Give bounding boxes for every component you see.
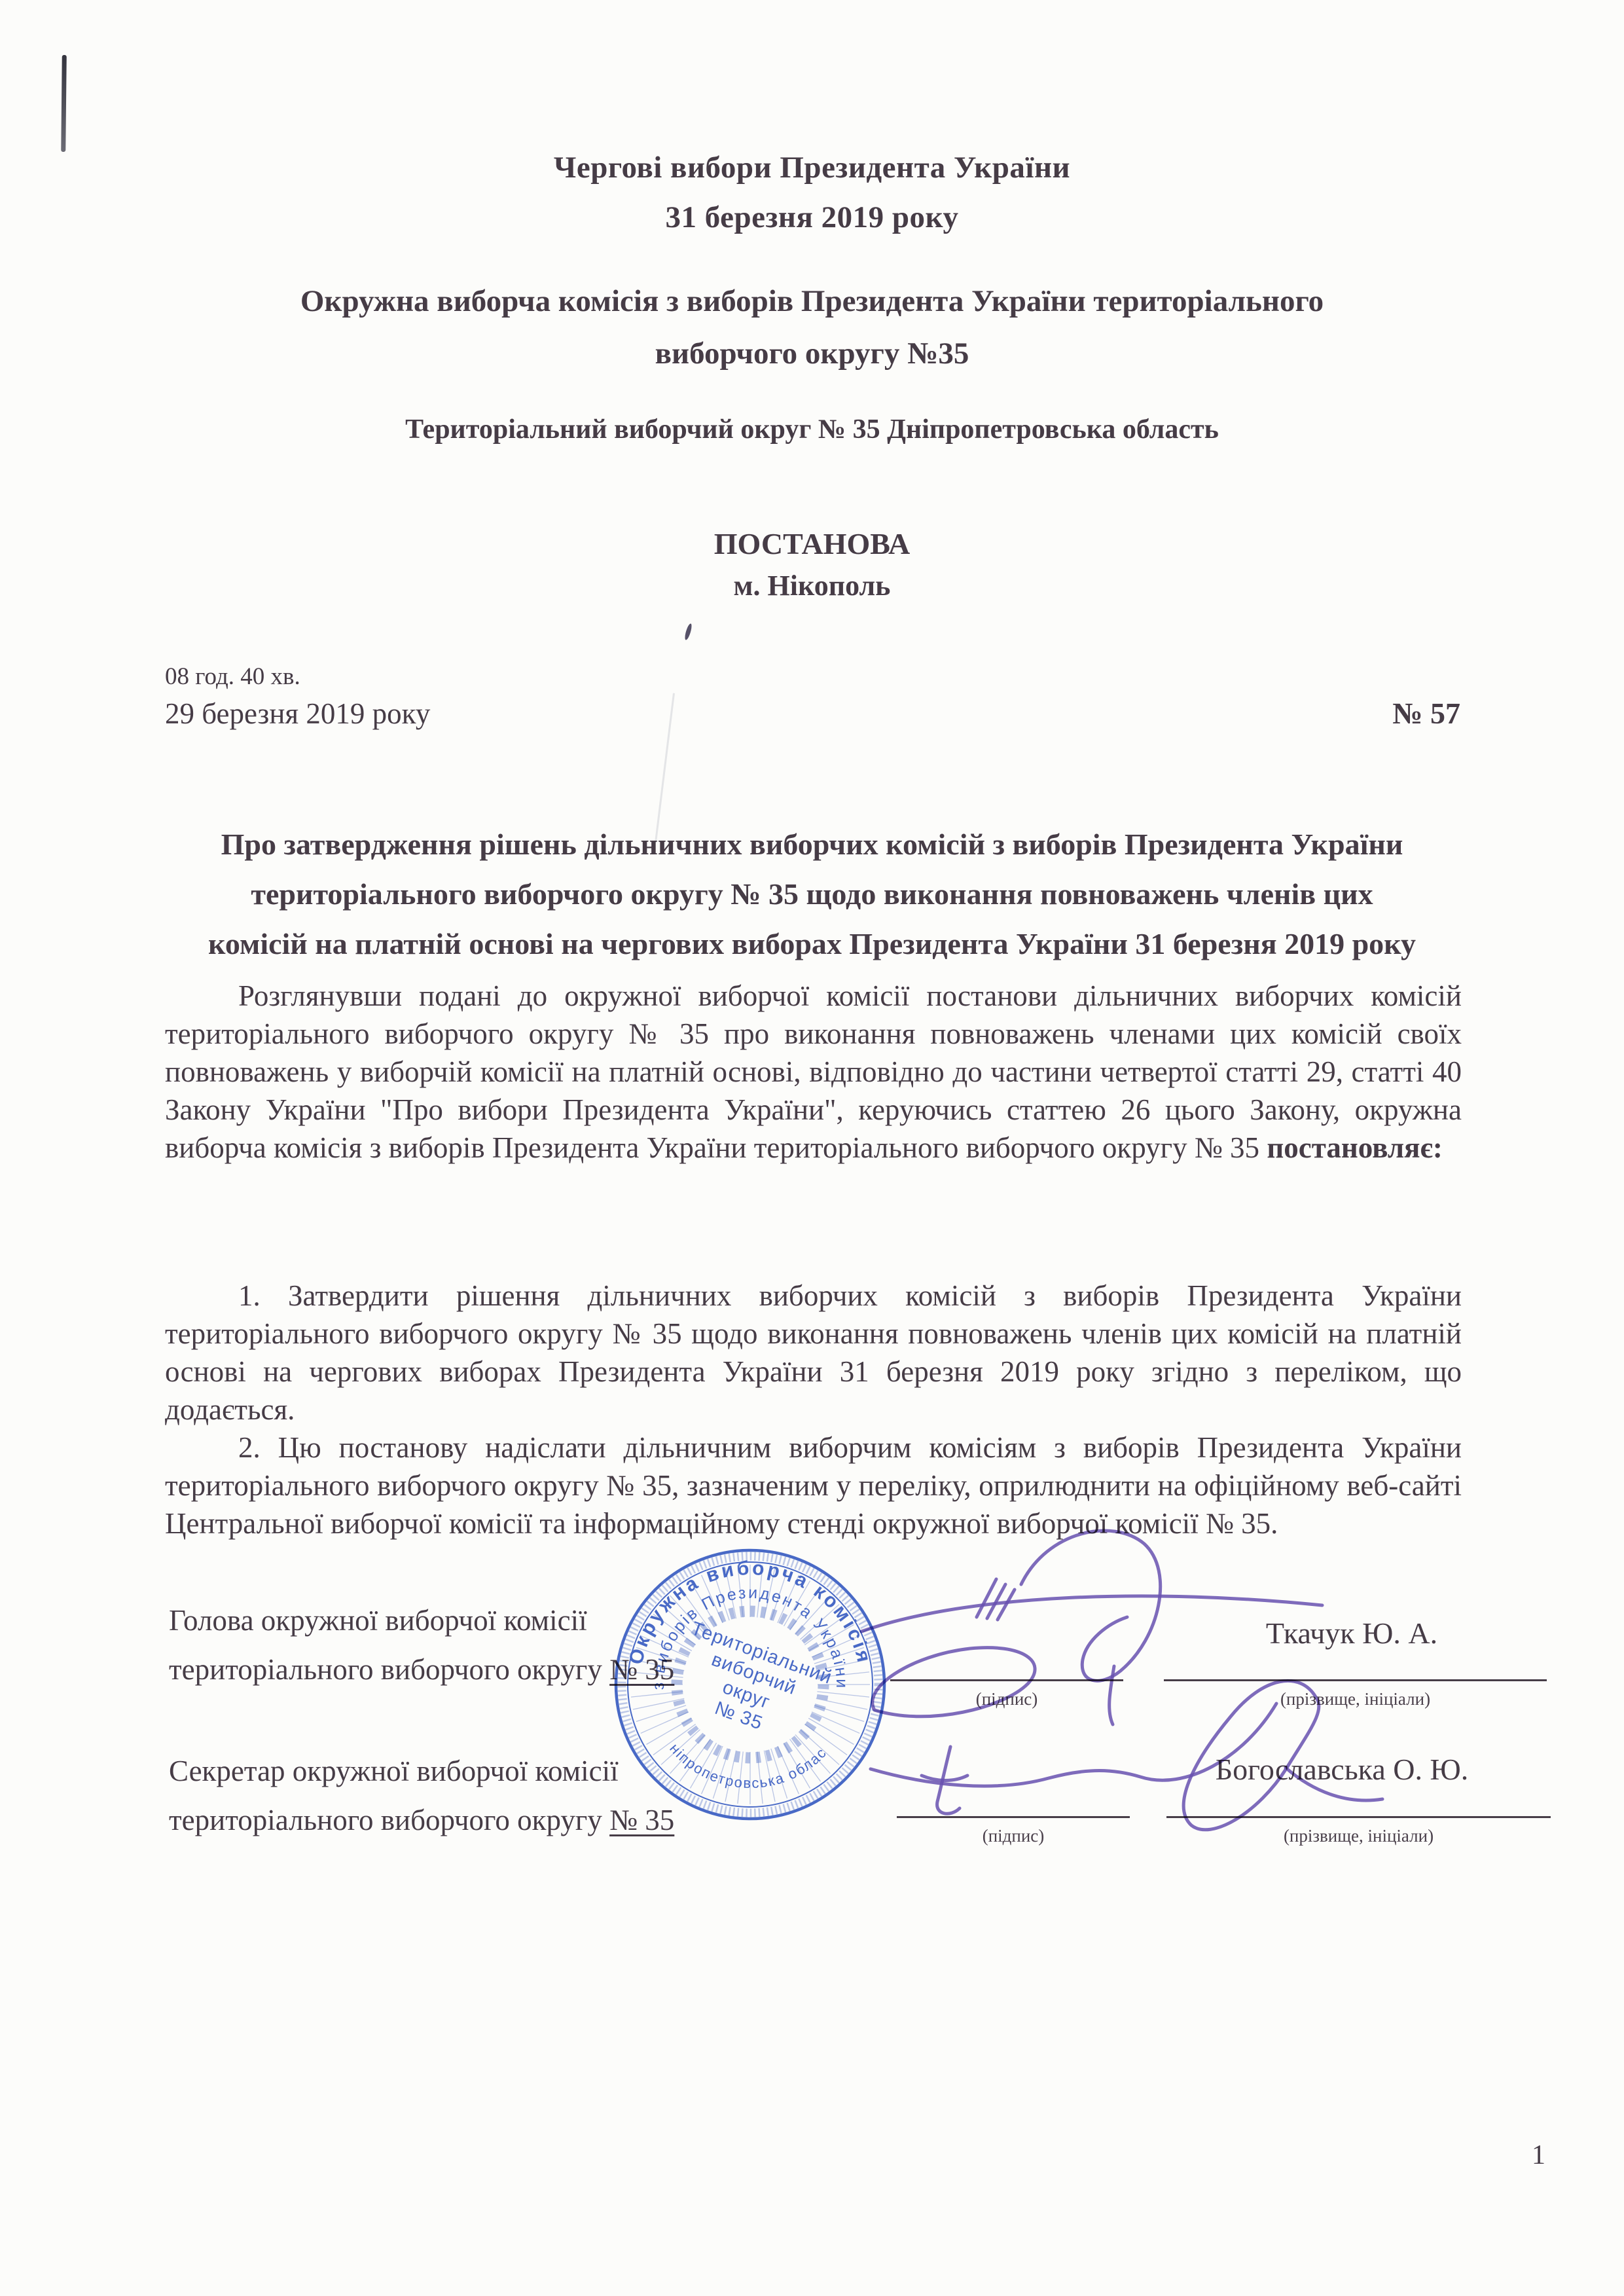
secretary-signature-stroke — [922, 1776, 967, 1781]
election-header: Чергові вибори Президента України 31 бер… — [0, 143, 1624, 242]
head-role-line2: територіального виборчого округу № 35 — [169, 1645, 674, 1694]
scan-artifact-mark — [684, 623, 693, 641]
preamble-paragraph: Розглянувши подані до окружної виборчої … — [165, 977, 1462, 1167]
secretary-signature-stroke — [937, 1747, 960, 1813]
secretary-signature-caption: (підпис) — [897, 1826, 1130, 1846]
resolution-title: ПОСТАНОВА — [0, 522, 1624, 566]
item-1-paragraph: 1. Затвердити рішення дільничних виборчи… — [165, 1277, 1462, 1429]
subject-line1: Про затвердження рішень дільничних вибор… — [173, 820, 1451, 869]
scanned-document-page: Чергові вибори Президента України 31 бер… — [0, 0, 1624, 2296]
head-signature-stroke — [977, 1579, 1015, 1620]
head-role-line2-text: територіального виборчого округу — [169, 1653, 602, 1686]
commission-title-line1: Окружна виборча комісія з виборів Презид… — [0, 275, 1624, 327]
resolution-subject: Про затвердження рішень дільничних вибор… — [173, 820, 1451, 969]
head-signature-line — [890, 1679, 1123, 1681]
subject-line2: територіального виборчого округу № 35 що… — [173, 869, 1451, 919]
subject-line3: комісій на платній основі на чергових ви… — [173, 919, 1451, 969]
secretary-name-line — [1166, 1816, 1551, 1818]
election-header-line1: Чергові вибори Президента України — [0, 143, 1624, 192]
secretary-role-block: Секретар окружної виборчої комісії терит… — [169, 1747, 674, 1845]
resolution-time: 08 год. 40 хв. — [165, 663, 1460, 691]
scan-artifact-line — [61, 55, 67, 152]
item-2-paragraph: 2. Цю постанову надіслати дільничним виб… — [165, 1429, 1462, 1542]
head-role-block: Голова окружної виборчої комісії територ… — [169, 1596, 674, 1694]
resolution-number: № 57 — [1392, 696, 1460, 731]
head-role-line1: Голова окружної виборчої комісії — [169, 1596, 674, 1645]
head-signature-stroke — [1021, 1531, 1161, 1681]
head-name-line — [1164, 1679, 1547, 1681]
body-items: 1. Затвердити рішення дільничних виборчи… — [165, 1277, 1462, 1542]
round-stamp: Окружна виборча комісія з виборів Презид… — [607, 1542, 893, 1827]
resolution-meta: 08 год. 40 хв. 29 березня 2019 року № 57 — [165, 663, 1460, 731]
secretary-role-line2: територіального виборчого округу № 35 — [169, 1796, 674, 1845]
resolution-heading: ПОСТАНОВА м. Нікополь — [0, 522, 1624, 606]
district-subtitle: Територіальний виборчий округ № 35 Дніпр… — [0, 414, 1624, 445]
secretary-role-line1: Секретар окружної виборчої комісії — [169, 1747, 674, 1796]
commission-title: Окружна виборча комісія з виборів Презид… — [0, 275, 1624, 380]
body-paragraph-1: Розглянувши подані до окружної виборчої … — [165, 977, 1462, 1167]
resolution-date-number-row: 29 березня 2019 року № 57 — [165, 696, 1460, 731]
secretary-name-caption: (прізвище, ініціали) — [1166, 1826, 1551, 1846]
head-name: Ткачук Ю. А. — [1221, 1616, 1483, 1650]
resolution-date: 29 березня 2019 року — [165, 697, 430, 731]
head-name-caption: (прізвище, ініціали) — [1164, 1689, 1547, 1709]
secretary-signature-line — [897, 1816, 1130, 1818]
secretary-role-line2-text: територіального виборчого округу — [169, 1804, 602, 1836]
resolution-city: м. Нікополь — [0, 566, 1624, 606]
resolves-word: постановляє: — [1267, 1131, 1443, 1164]
secretary-name: Богославська О. Ю. — [1159, 1752, 1525, 1787]
election-header-line2: 31 березня 2019 року — [0, 192, 1624, 242]
head-signature-caption: (підпис) — [890, 1689, 1123, 1709]
page-number: 1 — [1532, 2140, 1545, 2171]
commission-title-line2: виборчого округу №35 — [0, 327, 1624, 380]
